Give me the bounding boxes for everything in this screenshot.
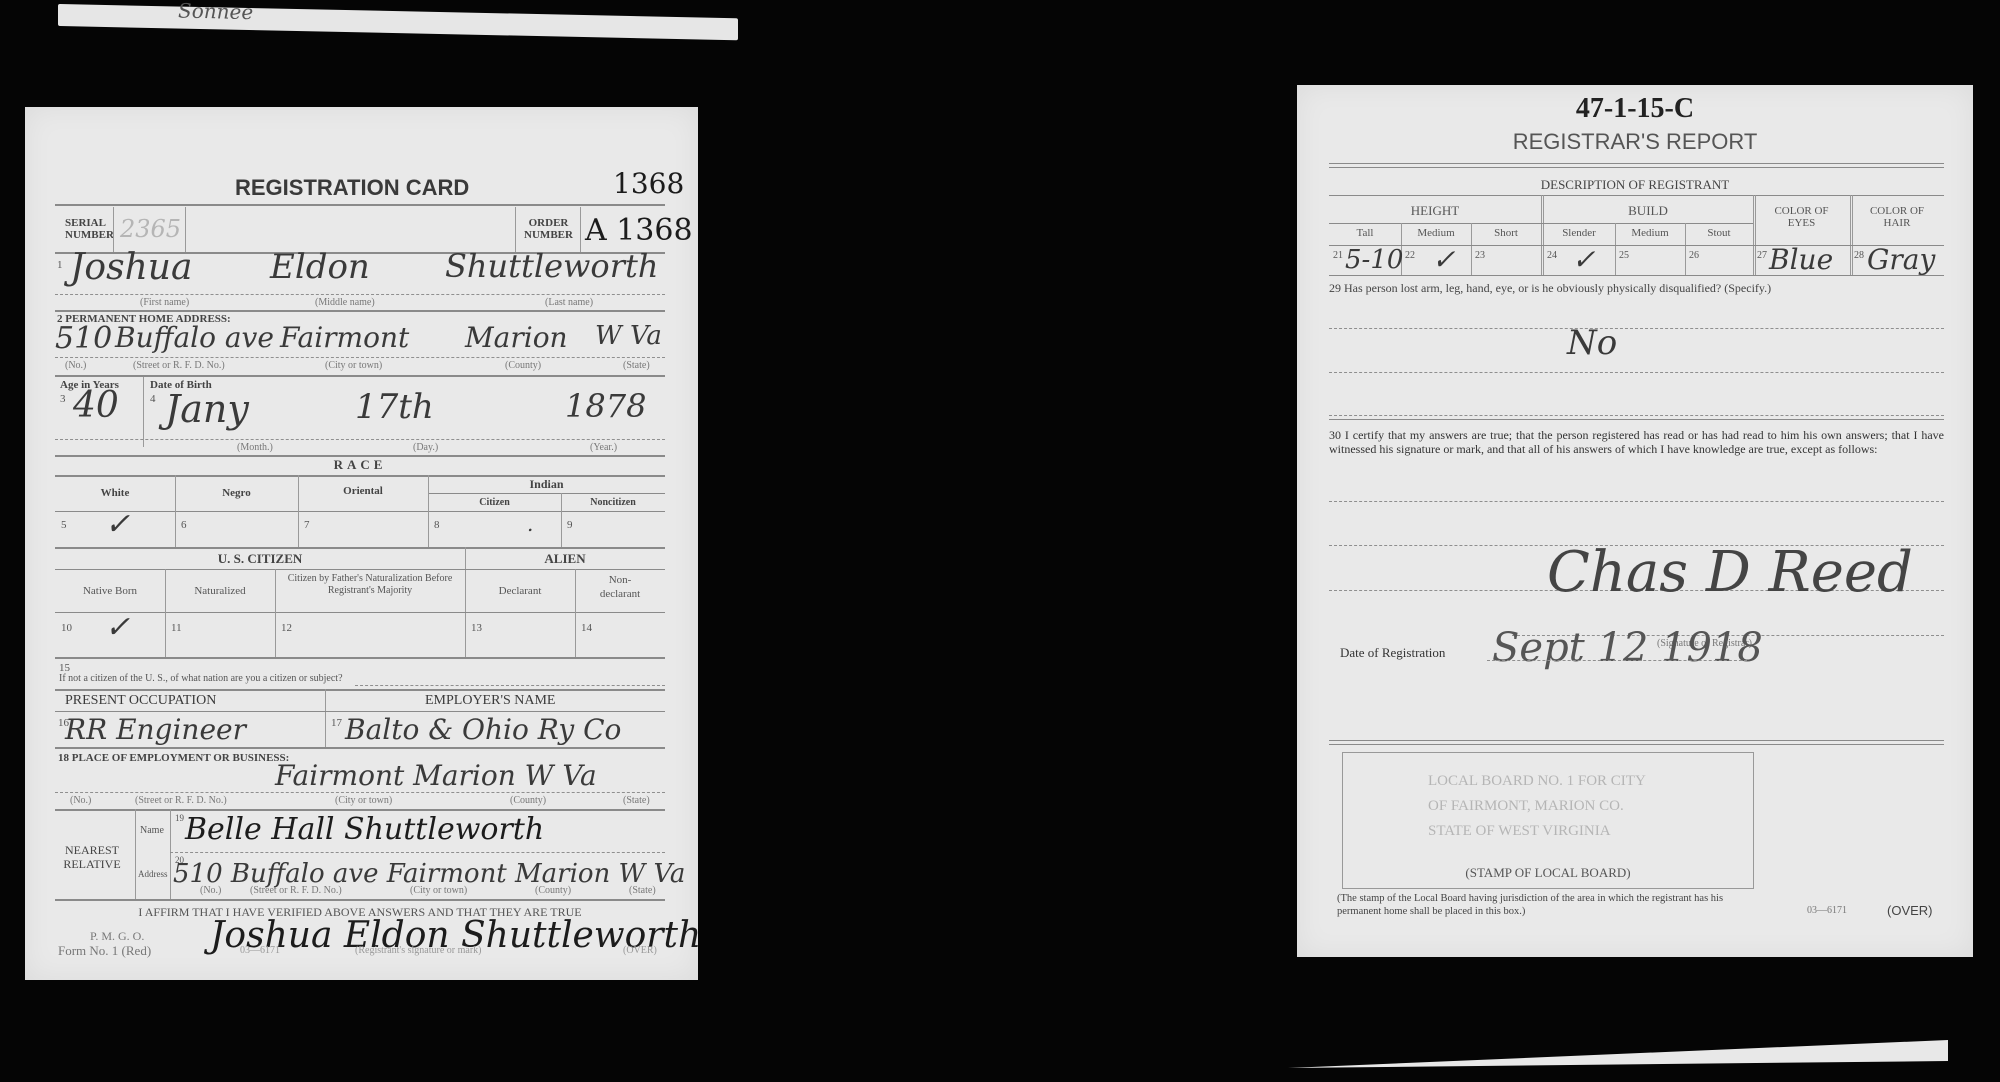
field-no-1: 1 bbox=[57, 259, 63, 271]
field-no-28: 28 bbox=[1854, 250, 1864, 261]
eyes-heading: COLOR OF EYES bbox=[1753, 205, 1850, 229]
field-no-21: 21 bbox=[1333, 250, 1343, 261]
height-medium-mark: ✓ bbox=[1432, 243, 1455, 276]
address-city: Fairmont bbox=[280, 321, 409, 354]
birth-month: Jany bbox=[165, 387, 249, 431]
alien-col-declarant: Declarant bbox=[465, 585, 575, 597]
report-title: REGISTRAR'S REPORT bbox=[1297, 129, 1973, 155]
registration-card: REGISTRATION CARD 1368 SERIAL NUMBER 236… bbox=[25, 107, 698, 980]
top-card-strip: Sonnee bbox=[58, 4, 738, 40]
address-state: W Va bbox=[595, 321, 662, 351]
height-tall-value: 5-10 bbox=[1345, 245, 1403, 275]
race-heading: RACE bbox=[55, 457, 665, 473]
nearest-relative-heading: NEAREST RELATIVE bbox=[57, 843, 127, 871]
date-of-registration-value: Sept 12 1918 bbox=[1492, 625, 1763, 671]
field-no-3: 3 bbox=[60, 393, 66, 405]
relative-address-label: Address bbox=[138, 869, 168, 879]
caption-city: (City or town) bbox=[335, 795, 392, 806]
field-no-6: 6 bbox=[181, 519, 187, 531]
caption-street: (Street or R. F. D. No.) bbox=[135, 795, 227, 806]
caption-city: (City or town) bbox=[410, 885, 467, 896]
field-no-10: 10 bbox=[61, 622, 72, 634]
print-code: 03—6171 bbox=[240, 945, 280, 956]
caption-city: (City or town) bbox=[325, 360, 382, 371]
q29-answer: No bbox=[1567, 323, 1617, 363]
caption-county: (County) bbox=[535, 885, 571, 896]
field-no-25: 25 bbox=[1619, 250, 1629, 261]
caption-county: (County) bbox=[505, 360, 541, 371]
serial-number-value: 2365 bbox=[120, 215, 181, 243]
build-col-stout: Stout bbox=[1685, 227, 1753, 239]
field-no-5: 5 bbox=[61, 519, 67, 531]
native-born-mark: ✓ bbox=[105, 610, 130, 645]
height-col-tall: Tall bbox=[1329, 227, 1401, 239]
occupation-heading: PRESENT OCCUPATION bbox=[65, 693, 216, 709]
address-number: 510 bbox=[55, 321, 112, 356]
caption-month: (Month.) bbox=[237, 442, 273, 453]
height-col-short: Short bbox=[1471, 227, 1541, 239]
stamp-note: (The stamp of the Local Board having jur… bbox=[1337, 892, 1757, 918]
build-slender-mark: ✓ bbox=[1572, 243, 1595, 276]
field-no-26: 26 bbox=[1689, 250, 1699, 261]
over-label: (OVER) bbox=[623, 945, 657, 956]
signature-caption: (Registrant's signature or mark) bbox=[355, 945, 482, 956]
field-no-13: 13 bbox=[471, 622, 482, 634]
height-heading: HEIGHT bbox=[1329, 203, 1541, 219]
report-code: 47-1-15-C bbox=[1297, 93, 1973, 125]
stamp-line-2: OF FAIRMONT, MARION CO. bbox=[1428, 798, 1624, 815]
race-col-negro: Negro bbox=[175, 487, 298, 499]
caption-middle-name: (Middle name) bbox=[315, 297, 375, 308]
field-no-8: 8 bbox=[434, 519, 440, 531]
serial-number-label: SERIAL NUMBER bbox=[65, 217, 110, 241]
build-col-medium: Medium bbox=[1615, 227, 1685, 239]
form-id-line1: P. M. G. O. bbox=[90, 929, 144, 944]
registrars-report-card: 47-1-15-C REGISTRAR'S REPORT DESCRIPTION… bbox=[1297, 85, 1973, 957]
nation-question: If not a citizen of the U. S., of what n… bbox=[59, 673, 343, 684]
field-no-11: 11 bbox=[171, 622, 182, 634]
caption-first-name: (First name) bbox=[140, 297, 189, 308]
caption-no: (No.) bbox=[200, 885, 221, 896]
cit-col-native-born: Native Born bbox=[55, 585, 165, 597]
registrar-signature: Chas D Reed bbox=[1547, 540, 1913, 605]
stamp-caption: (STAMP OF LOCAL BOARD) bbox=[1343, 865, 1753, 881]
description-heading: DESCRIPTION OF REGISTRANT bbox=[1297, 177, 1973, 193]
corner-number: 1368 bbox=[613, 167, 684, 200]
place-of-employment-value: Fairmont Marion W Va bbox=[275, 759, 597, 792]
address-street: Buffalo ave bbox=[115, 321, 274, 354]
caption-no: (No.) bbox=[70, 795, 91, 806]
employer-value: Balto & Ohio Ry Co bbox=[345, 713, 621, 746]
alien-heading: ALIEN bbox=[465, 551, 665, 567]
race-col-white: White bbox=[55, 487, 175, 499]
caption-year: (Year.) bbox=[590, 442, 617, 453]
form-id-line2: Form No. 1 (Red) bbox=[58, 943, 151, 959]
first-name: Joshua bbox=[70, 247, 192, 288]
order-number-value: A 1368 bbox=[585, 213, 693, 248]
q29-text: 29 Has person lost arm, leg, hand, eye, … bbox=[1329, 281, 1944, 295]
field-no-17: 17 bbox=[331, 717, 342, 729]
caption-state: (State) bbox=[629, 885, 656, 896]
strip-handwriting: Sonnee bbox=[178, 0, 253, 24]
date-of-registration-label: Date of Registration bbox=[1340, 645, 1445, 661]
order-number-label: ORDER NUMBER bbox=[521, 217, 576, 241]
stamp-line-3: STATE OF WEST VIRGINIA bbox=[1428, 823, 1611, 840]
race-col-indian-citizen: Citizen bbox=[428, 497, 561, 508]
build-col-slender: Slender bbox=[1543, 227, 1615, 239]
place-of-employment-label: 18 PLACE OF EMPLOYMENT OR BUSINESS: bbox=[58, 752, 289, 764]
employer-heading: EMPLOYER'S NAME bbox=[425, 693, 555, 709]
caption-no: (No.) bbox=[65, 360, 86, 371]
field-no-22: 22 bbox=[1405, 250, 1415, 261]
address-county: Marion bbox=[465, 321, 568, 354]
cit-col-fathers-naturalization: Citizen by Father's Naturalization Befor… bbox=[280, 573, 460, 597]
race-col-oriental: Oriental bbox=[298, 485, 428, 497]
build-heading: BUILD bbox=[1543, 203, 1753, 219]
last-name: Shuttleworth bbox=[445, 247, 658, 285]
report-print-code: 03—6171 bbox=[1807, 905, 1847, 916]
middle-name: Eldon bbox=[270, 247, 370, 287]
local-board-stamp-box: LOCAL BOARD NO. 1 FOR CITY OF FAIRMONT, … bbox=[1342, 752, 1754, 889]
field-no-27: 27 bbox=[1757, 250, 1767, 261]
card-title: REGISTRATION CARD bbox=[235, 175, 469, 201]
relative-name-value: Belle Hall Shuttleworth bbox=[185, 812, 544, 847]
field-no-7: 7 bbox=[304, 519, 310, 531]
occupation-value: RR Engineer bbox=[65, 713, 246, 746]
race-white-mark: ✓ bbox=[105, 507, 130, 542]
field-no-9: 9 bbox=[567, 519, 573, 531]
relative-name-label: Name bbox=[140, 825, 164, 836]
stamp-line-1: LOCAL BOARD NO. 1 FOR CITY bbox=[1428, 773, 1646, 790]
race-indian-citizen-mark: . bbox=[527, 512, 533, 536]
birth-year: 1878 bbox=[565, 387, 646, 425]
field-no-4: 4 bbox=[150, 393, 156, 405]
q30-text: 30 I certify that my answers are true; t… bbox=[1329, 428, 1944, 456]
caption-street: (Street or R. F. D. No.) bbox=[250, 885, 342, 896]
bottom-card-strip bbox=[1288, 1040, 1948, 1068]
birth-day: 17th bbox=[355, 387, 434, 427]
caption-county: (County) bbox=[510, 795, 546, 806]
race-col-indian-noncitizen: Noncitizen bbox=[561, 497, 665, 508]
caption-street: (Street or R. F. D. No.) bbox=[133, 360, 225, 371]
field-no-19: 19 bbox=[175, 813, 184, 823]
caption-state: (State) bbox=[623, 360, 650, 371]
caption-day: (Day.) bbox=[413, 442, 438, 453]
alien-col-non-declarant: Non-declarant bbox=[575, 573, 665, 601]
report-over-label: (OVER) bbox=[1887, 903, 1933, 918]
caption-last-name: (Last name) bbox=[545, 297, 593, 308]
hair-heading: COLOR OF HAIR bbox=[1850, 205, 1944, 229]
eye-color-value: Blue bbox=[1769, 243, 1833, 276]
indian-heading: Indian bbox=[428, 477, 665, 492]
field-no-23: 23 bbox=[1475, 250, 1485, 261]
field-no-14: 14 bbox=[581, 622, 592, 634]
caption-state: (State) bbox=[623, 795, 650, 806]
height-col-medium: Medium bbox=[1401, 227, 1471, 239]
field-no-12: 12 bbox=[281, 622, 292, 634]
age-value: 40 bbox=[73, 385, 119, 426]
field-no-24: 24 bbox=[1547, 250, 1557, 261]
hair-color-value: Gray bbox=[1867, 243, 1935, 276]
us-citizen-heading: U. S. CITIZEN bbox=[55, 551, 465, 567]
cit-col-naturalized: Naturalized bbox=[165, 585, 275, 597]
